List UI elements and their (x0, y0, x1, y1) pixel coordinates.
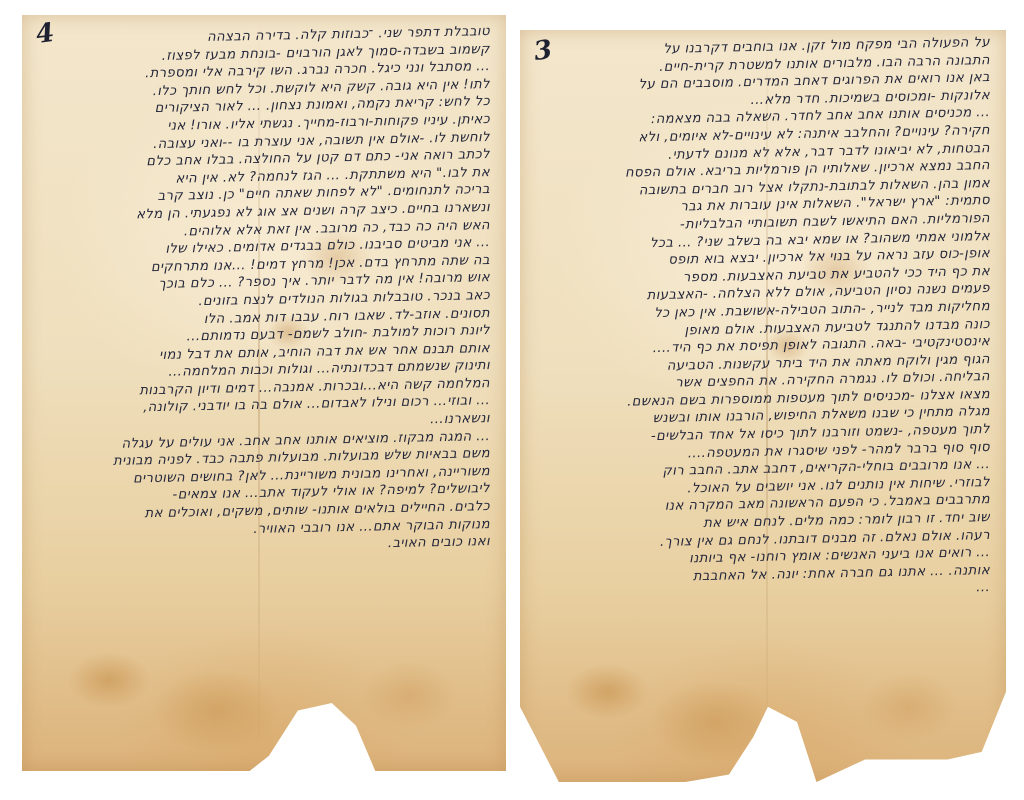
handwritten-text-block: טובבלת דתפר שני. ־כבוזות קלה. בדירה הבצה… (46, 23, 490, 551)
manuscript-page-left: 4 טובבלת דתפר שני. ־כבוזות קלה. בדירה הב… (22, 15, 506, 771)
page-number: 3 (532, 35, 554, 67)
document-scan: 4 טובבלת דתפר שני. ־כבוזות קלה. בדירה הב… (0, 0, 1024, 800)
manuscript-page-right: 3 על הפעולה הבי מפקח מול זקן. אנו בוחבים… (520, 30, 1006, 782)
handwritten-text-block: על הפעולה הבי מפקח מול זקן. אנו בוחבים ד… (580, 34, 990, 597)
